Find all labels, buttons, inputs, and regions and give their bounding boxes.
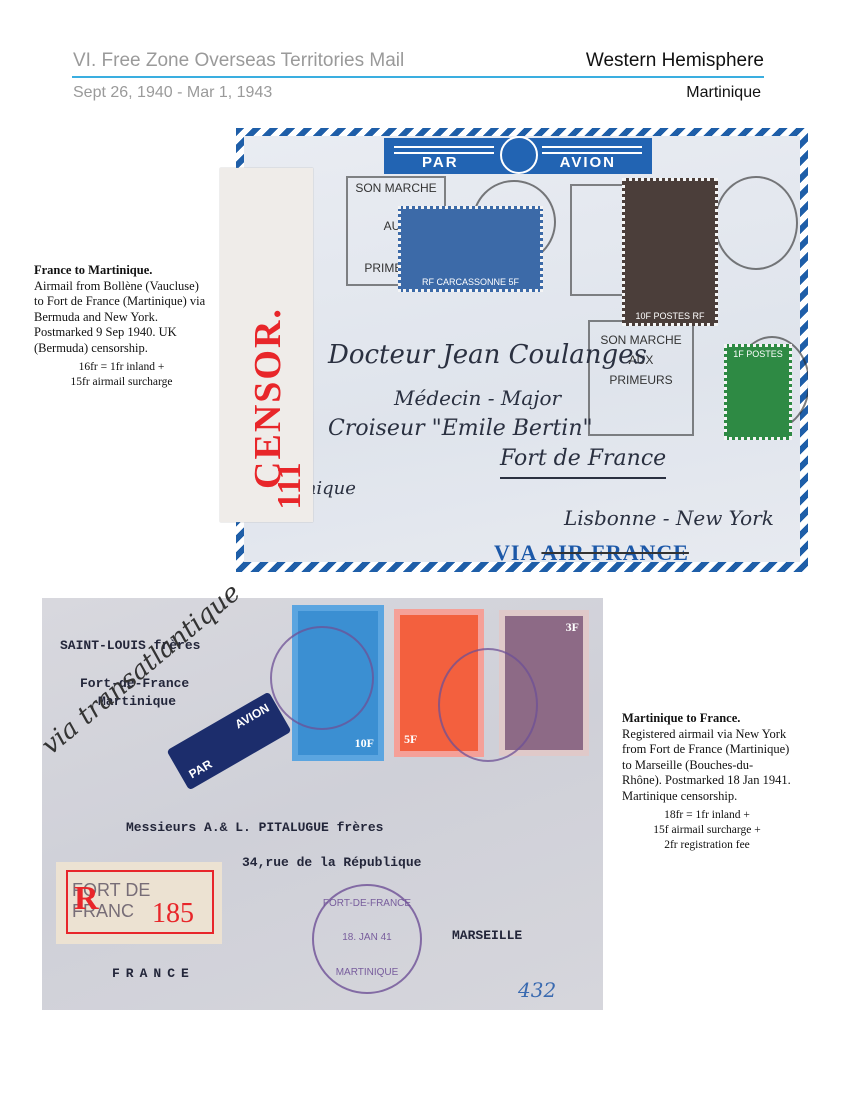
stamp-caption: 10F POSTES RF: [625, 311, 715, 321]
cover2-rate: 18fr = 1fr inland + 15f airmail surcharg…: [622, 808, 792, 853]
country-title: Martinique: [686, 84, 761, 102]
addressee-city: MARSEILLE: [452, 928, 522, 943]
stamp-value: 3F: [566, 620, 579, 635]
slogan-cancel-3: SON MARCHE AUX PRIMEURS: [588, 320, 694, 436]
datestamp-date: 18. JAN 41: [314, 932, 420, 943]
censor-label: CENSOR. 111: [220, 168, 313, 522]
address-line: Croiseur "Emile Bertin": [328, 416, 593, 441]
addressee-country: FRANCE: [112, 966, 195, 981]
rate-line: 15f airmail surcharge +: [622, 823, 792, 838]
stamp-value: 5F: [404, 732, 417, 747]
registration-letter: R: [74, 880, 99, 918]
routing-note: Lisbonne - New York: [564, 506, 774, 530]
address-line: Médecin - Major: [394, 386, 561, 410]
datestamp-town: FORT-DE-FRANCE: [314, 898, 420, 909]
stamp-vincennes: 10F POSTES RF: [622, 178, 718, 326]
cover2-desc-body: Registered airmail via New York from For…: [622, 727, 791, 803]
air-france-struck: AIR FRANCE: [541, 540, 689, 565]
stamp-carcassonne: RF CARCASSONNE 5F: [398, 206, 543, 292]
cover1-description: France to Martinique. Airmail from Bollè…: [34, 263, 209, 390]
envelope-face: PAR AVION SON MARCHE AUX PRIMEURS SON MA…: [244, 136, 800, 562]
registration-number: 185: [152, 898, 194, 930]
cover1-desc-title: France to Martinique.: [34, 263, 209, 279]
cover1-envelope: PAR AVION SON MARCHE AUX PRIMEURS SON MA…: [236, 128, 808, 572]
address-line: Fort de France: [500, 446, 666, 479]
rate-line: 2fr registration fee: [622, 838, 792, 853]
cover1-desc-body: Airmail from Bollène (Vaucluse) to Fort …: [34, 279, 205, 355]
censor-number: 111: [271, 462, 309, 509]
header-divider: [72, 76, 764, 78]
via-air-france: VIA AIR FRANCE: [494, 540, 689, 566]
section-title: VI. Free Zone Overseas Territories Mail: [73, 50, 404, 72]
par-text: PAR: [186, 757, 214, 781]
addressee-line: 34,rue de la République: [242, 855, 421, 870]
stamp-value: 10F: [355, 736, 374, 751]
cover2-envelope: SAINT-LOUIS frères Fort-de-France Martin…: [42, 598, 603, 1010]
postmark: [270, 626, 374, 730]
via-text: VIA: [494, 540, 536, 565]
par-avion-label: PAR AVION: [166, 692, 291, 791]
par-text: PAR: [422, 154, 459, 171]
stamp-iris: 1F POSTES: [724, 344, 792, 440]
date-range: Sept 26, 1940 - Mar 1, 1943: [73, 84, 272, 102]
pencil-note: 432: [518, 978, 556, 1002]
region-title: Western Hemisphere: [586, 50, 764, 72]
par-avion-banner: PAR AVION: [384, 138, 652, 174]
addressee-line: Messieurs A.& L. PITALUGUE frères: [126, 820, 383, 835]
datestamp-country: MARTINIQUE: [314, 967, 420, 978]
cover2-description: Martinique to France. Registered airmail…: [622, 711, 792, 853]
rate-line: 18fr = 1fr inland +: [622, 808, 792, 823]
cover2-desc-title: Martinique to France.: [622, 711, 792, 727]
registration-box: FORT DE FRANC R 185: [66, 870, 214, 934]
avion-text: AVION: [233, 701, 272, 732]
rate-line: 15fr airmail surcharge: [34, 375, 209, 390]
cancel-line: PRIMEURS: [590, 370, 692, 390]
registration-label: FORT DE FRANC R 185: [56, 862, 222, 944]
wing-icon: [394, 146, 494, 148]
cover1-rate: 16fr = 1fr inland + 15fr airmail surchar…: [34, 360, 209, 390]
postmark-bollene: [714, 176, 798, 270]
globe-icon: [500, 136, 538, 174]
avion-text: AVION: [560, 154, 616, 171]
stamp-caption: 1F POSTES: [727, 349, 789, 359]
address-line: Docteur Jean Coulanges: [328, 340, 647, 370]
rate-line: 16fr = 1fr inland +: [34, 360, 209, 375]
postmark: [438, 648, 538, 762]
cancel-line: SON MARCHE: [348, 178, 444, 198]
wing-icon: [542, 146, 642, 148]
fort-de-france-datestamp: FORT-DE-FRANCE 18. JAN 41 MARTINIQUE: [312, 884, 422, 994]
stamp-caption: RF CARCASSONNE 5F: [401, 277, 540, 287]
